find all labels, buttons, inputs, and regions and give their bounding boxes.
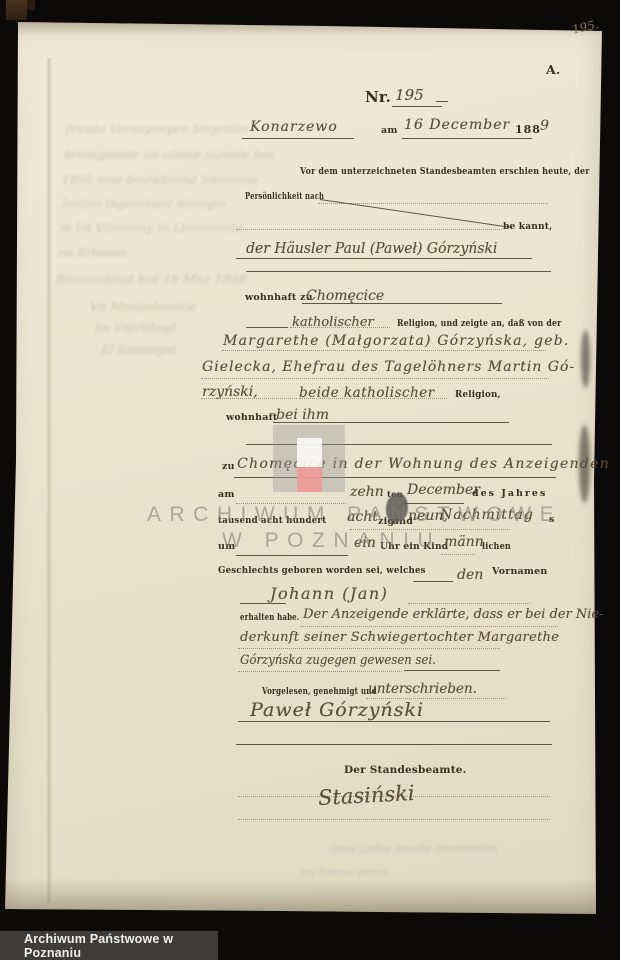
rule-line — [273, 422, 509, 423]
bleedthrough-text: 1898 nme bnstsitznnd Smnnnbe — [61, 173, 259, 187]
am2-label: am — [218, 489, 235, 500]
dotted-rule — [238, 648, 500, 649]
record-number-label: Nr. — [365, 88, 391, 106]
archive-footer-bar: Archiwum Państwowe w Poznaniu — [0, 931, 218, 960]
archive-footer-label: Archiwum Państwowe w Poznaniu — [24, 932, 218, 960]
dotted-rule — [238, 671, 402, 672]
place-value: Konarzewo — [250, 119, 338, 135]
bekannt-label: be kannt, — [503, 221, 552, 232]
year-printed: 188 — [515, 123, 541, 136]
dotted-rule — [201, 398, 297, 399]
date-value: 16 December — [404, 117, 510, 133]
bleedthrough-text: nn bmne mnvr — [300, 866, 389, 880]
birth-month: December — [407, 482, 480, 498]
vornamen-label: Vornamen — [492, 566, 548, 577]
dotted-rule — [408, 603, 530, 604]
rule-line — [246, 271, 551, 272]
dotted-rule — [300, 626, 558, 627]
year-digit: 9 — [540, 118, 549, 134]
dotted-rule — [238, 819, 550, 820]
bleedthrough-text: brnnignnnte un nbnne numele Ism — [63, 148, 276, 162]
bleedthrough-text: Vn Mnnbnlnnntle — [89, 300, 197, 314]
registrar-signature: Stasiński — [317, 781, 415, 810]
bleedthrough-text: m Vn Vibnnnny In Lbmnnnnte — [59, 221, 244, 235]
rule-line — [242, 138, 354, 139]
religion-sentence: Religion, und zeigte an, daß von der — [397, 318, 561, 329]
rule-line — [236, 555, 348, 556]
zu-label: zu — [222, 461, 235, 472]
gender-value: männ — [444, 534, 484, 550]
bleedthrough-text: Bnnnnntinst bnt 18 Mnz 1898 — [55, 272, 247, 287]
logo-column-white — [297, 438, 322, 467]
rule-line — [238, 721, 550, 722]
bleedthrough-text: nn Brlnnnn. — [57, 246, 131, 260]
rule-line — [302, 303, 502, 304]
declarant-name: der Häusler Paul (Paweł) Górzyński — [246, 239, 497, 257]
erhalten-habe-label: erhalten habe. — [240, 612, 299, 623]
dotted-rule — [290, 327, 390, 328]
bleedthrough-text: bn Vntrtlbnyl — [94, 321, 176, 335]
am-label: am — [381, 125, 398, 136]
bleedthrough-text: frnwte Vornzynnyen Smyrtilm — [65, 122, 249, 136]
rule-line — [436, 101, 448, 102]
des-jahres-label: des Jahres — [472, 488, 547, 499]
intro-sentence: Vor dem unterzeichneten Standesbeamten e… — [300, 166, 590, 177]
dotted-rule — [441, 554, 475, 555]
bleedthrough-text: El Rnnnnynt — [100, 343, 177, 357]
remark-line2: derkunft seiner Schwiegertochter Margare… — [240, 630, 559, 645]
dotted-rule — [201, 378, 549, 379]
child-name: Johann (Jan) — [270, 584, 388, 603]
remark-line1: Der Anzeigende erklärte, dass er bei der… — [303, 607, 603, 622]
vorgelesen-label: Vorgelesen, genehmigt und — [262, 686, 377, 697]
persoenlichkeit-label: Persönlichkeit nach — [245, 191, 324, 202]
rule-line — [236, 258, 532, 259]
record-number-value: 195 — [395, 86, 424, 104]
bleedthrough-text: Innbm Ingnlnbunt mbnlgte — [61, 197, 227, 211]
dotted-rule — [236, 229, 502, 230]
rule-line — [392, 106, 442, 107]
religion-label: Religion, — [455, 389, 501, 400]
archive-watermark-line1: ARCHIWUM PAŃSTWOWE — [147, 503, 562, 527]
residence-value: Chomęcice — [306, 288, 384, 304]
rule-line — [404, 670, 500, 671]
birth-day: zehn — [350, 484, 384, 500]
logo-column-red — [297, 467, 322, 492]
rule-line — [402, 138, 532, 139]
rule-line — [240, 603, 286, 604]
declarant-signature: Paweł Górzyński — [250, 699, 424, 721]
wohnhaft-zu-label: wohnhaft zu — [245, 292, 313, 303]
rule-line — [246, 327, 288, 328]
wohnhaft-label: wohnhaft — [226, 412, 277, 423]
mother-line1: Margarethe (Małgorzata) Górzyńska, geb. — [223, 333, 569, 349]
remark-line3: Górzyńska zugegen gewesen sei. — [240, 653, 436, 668]
registrar-title: Der Standesbeamte. — [344, 764, 467, 776]
lichen-suffix: lichen — [482, 541, 511, 552]
den-value: den — [457, 567, 483, 583]
dotted-rule — [299, 398, 447, 399]
archive-watermark-line2: W POZNANIU — [222, 529, 441, 553]
bleedthrough-text: nmv unbn nnwte Imnnnnlm — [330, 842, 498, 856]
rule-line — [413, 581, 453, 582]
unterschrieben-value: unterschrieben. — [368, 681, 477, 697]
mother-line2: Gielecka, Ehefrau des Tagelöhners Martin… — [202, 359, 575, 375]
dotted-rule — [222, 350, 546, 351]
rule-line — [236, 744, 552, 745]
corner-letter: A. — [546, 62, 560, 77]
geschlechts-sentence: Geschlechts geboren worden sei, welches — [218, 565, 426, 576]
archive-logo-watermark — [273, 425, 345, 492]
wohnhaft-value: bei ihm — [276, 407, 329, 423]
page-number-corner: 195. — [571, 17, 600, 37]
